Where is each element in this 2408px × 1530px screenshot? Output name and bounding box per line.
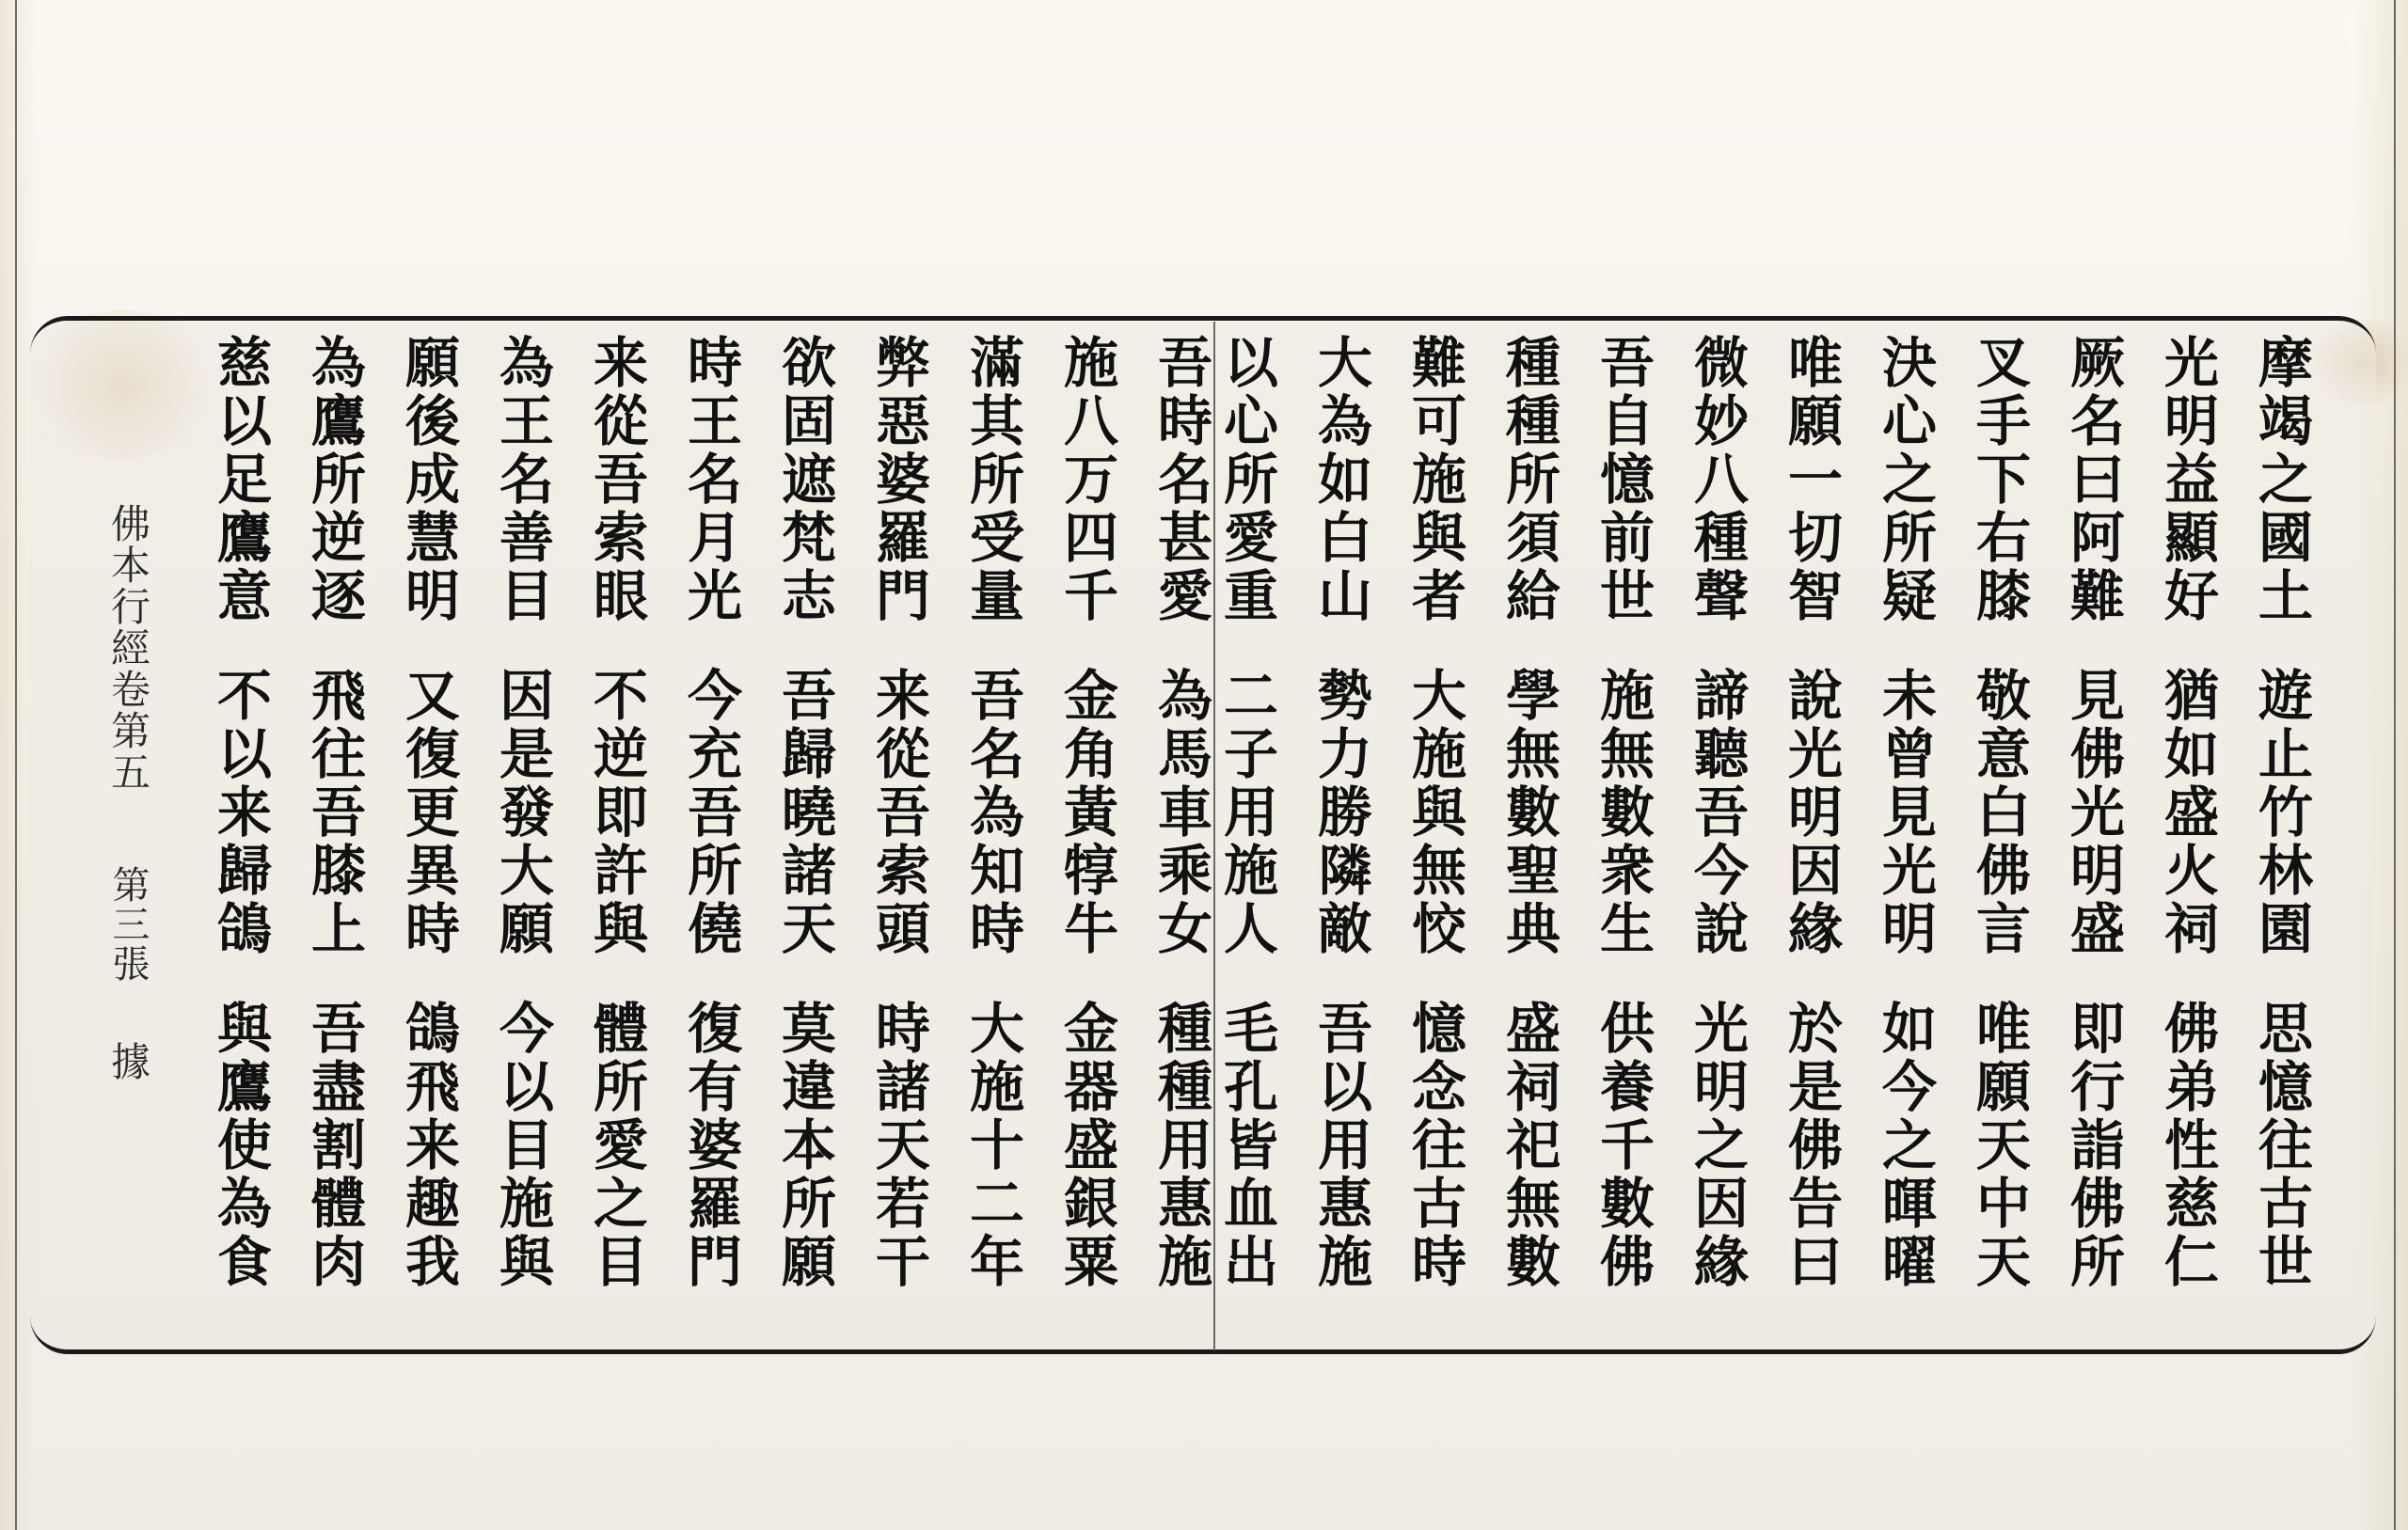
verse-segment: 不以来歸鴿 xyxy=(177,667,267,958)
verse-segment: 施八万四千 xyxy=(1023,334,1114,625)
verse-segment: 金角黃犉牛 xyxy=(1023,667,1114,958)
verse-segment: 不逆即許與 xyxy=(553,667,643,958)
text-column: 施八万四千金角黃犉牛金器盛銀粟 xyxy=(1023,334,1114,1345)
right-page-edge xyxy=(2394,0,2396,1530)
verse-segment: 遊止竹林園 xyxy=(2218,667,2308,958)
verse-segment: 盛祠祀無數 xyxy=(1465,1000,1556,1291)
verse-segment: 種種用惠施 xyxy=(1117,1000,1208,1291)
text-column: 時王名月光今充吾所僥復有婆羅門 xyxy=(647,334,737,1345)
text-column: 種種所須給學無數聖典盛祠祀無數 xyxy=(1465,334,1556,1345)
verse-segment: 吾名為知時 xyxy=(929,667,1020,958)
verse-segment: 猶如盛火祠 xyxy=(2124,667,2214,958)
text-column: 光明益顯好猶如盛火祠佛弟性慈仁 xyxy=(2124,334,2214,1345)
verse-segment: 種種所須給 xyxy=(1465,334,1556,625)
verse-segment: 滿其所受量 xyxy=(929,334,1020,625)
verse-segment: 弊惡婆羅門 xyxy=(835,334,926,625)
verse-segment: 願後成慧明 xyxy=(365,334,455,625)
verse-segment: 摩竭之國土 xyxy=(2218,334,2308,625)
verse-segment: 佛弟性慈仁 xyxy=(2124,1000,2214,1291)
carver-mark: 據 xyxy=(105,1041,151,1082)
verse-segment: 欲固遮梵志 xyxy=(741,334,832,625)
text-column: 叉手下右膝敬意白佛言唯願天中天 xyxy=(1936,334,2026,1345)
verse-segment: 大施與無恔 xyxy=(1371,667,1462,958)
verse-segment: 為馬車乘女 xyxy=(1117,667,1208,958)
verse-segment: 為王名善目 xyxy=(459,334,549,625)
verse-segment: 光明益顯好 xyxy=(2124,334,2214,625)
verse-segment: 時諸天若干 xyxy=(835,1000,926,1291)
right-half-text: 摩竭之國土遊止竹林園思憶往古世 光明益顯好猶如盛火祠佛弟性慈仁 厥名曰阿難見佛光… xyxy=(1219,334,2310,1345)
verse-segment: 鴿飛来趣我 xyxy=(365,1000,455,1291)
text-column: 難可施與者大施與無恔憶念往古時 xyxy=(1371,334,1462,1345)
left-half-text: 吾時名甚愛為馬車乘女種種用惠施 施八万四千金角黃犉牛金器盛銀粟 滿其所受量吾名為… xyxy=(169,334,1210,1345)
verse-segment: 難可施與者 xyxy=(1371,334,1462,625)
verse-segment: 復有婆羅門 xyxy=(647,1000,737,1291)
text-column: 吾時名甚愛為馬車乘女種種用惠施 xyxy=(1117,334,1208,1345)
verse-segment: 說光明因緣 xyxy=(1748,667,1838,958)
verse-segment: 吾自憶前世 xyxy=(1560,334,1650,625)
page-number: 第三張 xyxy=(106,865,150,984)
verse-segment: 勢力勝隣敵 xyxy=(1277,667,1368,958)
verse-segment: 大施十二年 xyxy=(929,1000,1020,1291)
text-column: 滿其所受量吾名為知時大施十二年 xyxy=(929,334,1020,1345)
verse-segment: 又復更異時 xyxy=(365,667,455,958)
verse-segment: 微妙八種聲 xyxy=(1654,334,1744,625)
sutra-volume-title: 佛本行經卷第五 xyxy=(105,503,151,793)
text-column: 弊惡婆羅門来從吾索頭時諸天若干 xyxy=(835,334,926,1345)
verse-segment: 因是發大願 xyxy=(459,667,549,958)
verse-segment: 飛往吾膝上 xyxy=(271,667,361,958)
verse-segment: 決心之所疑 xyxy=(1842,334,1932,625)
text-column: 願後成慧明又復更異時鴿飛来趣我 xyxy=(365,334,455,1345)
text-column: 欲固遮梵志吾歸曉諸天莫違本所願 xyxy=(741,334,832,1345)
verse-segment: 與鷹使為食 xyxy=(177,1000,267,1291)
left-page-edge xyxy=(15,0,17,1530)
text-column: 摩竭之國土遊止竹林園思憶往古世 xyxy=(2218,334,2308,1345)
verse-segment: 大為如白山 xyxy=(1277,334,1368,625)
verse-segment: 未曾見光明 xyxy=(1842,667,1932,958)
verse-segment: 叉手下右膝 xyxy=(1936,334,2026,625)
verse-segment: 今充吾所僥 xyxy=(647,667,737,958)
text-column: 吾自憶前世施無數衆生供養千數佛 xyxy=(1560,334,1650,1345)
text-column: 慈以足鷹意不以来歸鴿與鷹使為食 xyxy=(177,334,267,1345)
verse-segment: 今以目施與 xyxy=(459,1000,549,1291)
text-column: 唯願一切智說光明因緣於是佛告曰 xyxy=(1748,334,1838,1345)
verse-segment: 思憶往古世 xyxy=(2218,1000,2308,1291)
verse-segment: 光明之因緣 xyxy=(1654,1000,1744,1291)
verse-segment: 慈以足鷹意 xyxy=(177,334,267,625)
verse-segment: 時王名月光 xyxy=(647,334,737,625)
text-column: 微妙八種聲諦聽吾今說光明之因緣 xyxy=(1654,334,1744,1345)
verse-segment: 學無數聖典 xyxy=(1465,667,1556,958)
text-column: 来從吾索眼不逆即許與體所愛之目 xyxy=(553,334,643,1345)
verse-segment: 吾歸曉諸天 xyxy=(741,667,832,958)
text-column: 為王名善目因是發大願今以目施與 xyxy=(459,334,549,1345)
verse-segment: 如今之暉曜 xyxy=(1842,1000,1932,1291)
verse-segment: 吾時名甚愛 xyxy=(1117,334,1208,625)
verse-segment: 供養千數佛 xyxy=(1560,1000,1650,1291)
verse-segment: 莫違本所願 xyxy=(741,1000,832,1291)
verse-segment: 吾盡割體肉 xyxy=(271,1000,361,1291)
verse-segment: 唯願一切智 xyxy=(1748,334,1838,625)
text-column: 大為如白山勢力勝隣敵吾以用惠施 xyxy=(1277,334,1368,1345)
text-column: 為鷹所逆逐飛往吾膝上吾盡割體肉 xyxy=(271,334,361,1345)
verse-segment: 唯願天中天 xyxy=(1936,1000,2026,1291)
verse-segment: 厥名曰阿難 xyxy=(2030,334,2120,625)
verse-segment: 敬意白佛言 xyxy=(1936,667,2026,958)
verse-segment: 来從吾索眼 xyxy=(553,334,643,625)
margin-note: 佛本行經卷第五 第三張 據 xyxy=(108,503,148,1082)
verse-segment: 即行詣佛所 xyxy=(2030,1000,2120,1291)
text-column: 厥名曰阿難見佛光明盛即行詣佛所 xyxy=(2030,334,2120,1345)
verse-segment: 於是佛告曰 xyxy=(1748,1000,1838,1291)
verse-segment: 體所愛之目 xyxy=(553,1000,643,1291)
verse-segment: 吾以用惠施 xyxy=(1277,1000,1368,1291)
verse-segment: 諦聽吾今說 xyxy=(1654,667,1744,958)
verse-segment: 憶念往古時 xyxy=(1371,1000,1462,1291)
verse-segment: 為鷹所逆逐 xyxy=(271,334,361,625)
verse-segment: 金器盛銀粟 xyxy=(1023,1000,1114,1291)
verse-segment: 来從吾索頭 xyxy=(835,667,926,958)
verse-segment: 施無數衆生 xyxy=(1560,667,1650,958)
verse-segment: 見佛光明盛 xyxy=(2030,667,2120,958)
text-column: 決心之所疑未曾見光明如今之暉曜 xyxy=(1842,334,1932,1345)
